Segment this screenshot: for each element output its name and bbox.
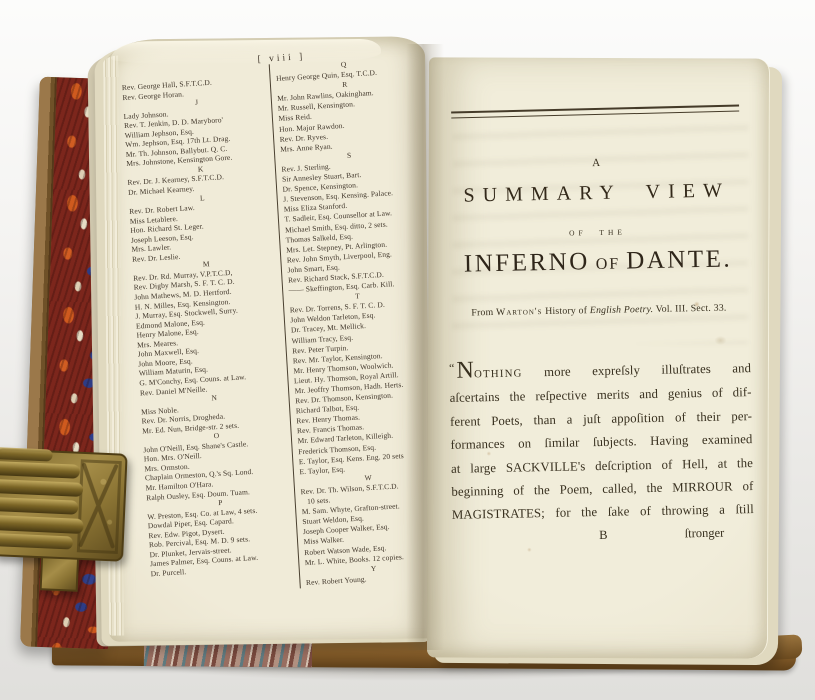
gutter-shadow bbox=[406, 44, 444, 650]
book-photograph: [ viii ] Rev. George Hall, S.F.T.C.D.Rev… bbox=[0, 0, 815, 700]
brass-tab bbox=[41, 557, 78, 591]
title-word-inferno: INFERNO bbox=[464, 248, 590, 277]
paragraph-line: MAGISTRATES; for the ſake of throwing a … bbox=[452, 499, 754, 528]
open-quote: “ bbox=[449, 361, 455, 375]
signature-mark: B bbox=[599, 528, 608, 543]
source-author: Warton's bbox=[496, 306, 543, 318]
title-connector-of: OF bbox=[596, 256, 621, 273]
subscriber-columns: Rev. George Hall, S.F.T.C.D.Rev. George … bbox=[122, 66, 444, 597]
first-word-smallcaps: OTHING bbox=[474, 367, 523, 380]
source-citation-line: From Warton's History of English Poetry.… bbox=[448, 302, 750, 319]
source-volume: Vol. III. Sect. 33. bbox=[653, 303, 727, 315]
half-title: A bbox=[445, 154, 747, 172]
subscriber-list-page: [ viii ] Rev. George Hall, S.F.T.C.D.Rev… bbox=[120, 46, 443, 597]
initial-capital: N bbox=[456, 357, 474, 383]
title-page: A SUMMARY VIEW OF THE INFERNOOFDANTE. Fr… bbox=[443, 71, 754, 553]
source-prefix: From bbox=[471, 307, 496, 318]
source-work-title: English Poetry. bbox=[590, 304, 654, 316]
title-word-dante: DANTE. bbox=[626, 245, 732, 274]
inferno-of-dante-title: INFERNOOFDANTE. bbox=[447, 245, 749, 279]
brass-weight bbox=[0, 427, 134, 599]
line-rest: more expreſsly illuſtrates and bbox=[522, 361, 751, 379]
source-middle: History of bbox=[542, 305, 590, 317]
paragraph-lines: aſcertains the reſpective merits and gen… bbox=[449, 381, 754, 527]
double-rule bbox=[451, 105, 739, 119]
summary-view-title: SUMMARY VIEW bbox=[446, 179, 748, 208]
body-paragraph: “NOTHING more expreſsly illuſtrates and … bbox=[449, 357, 754, 528]
catchword: ſtronger bbox=[685, 525, 725, 541]
of-the-subtitle: OF THE bbox=[446, 225, 748, 240]
